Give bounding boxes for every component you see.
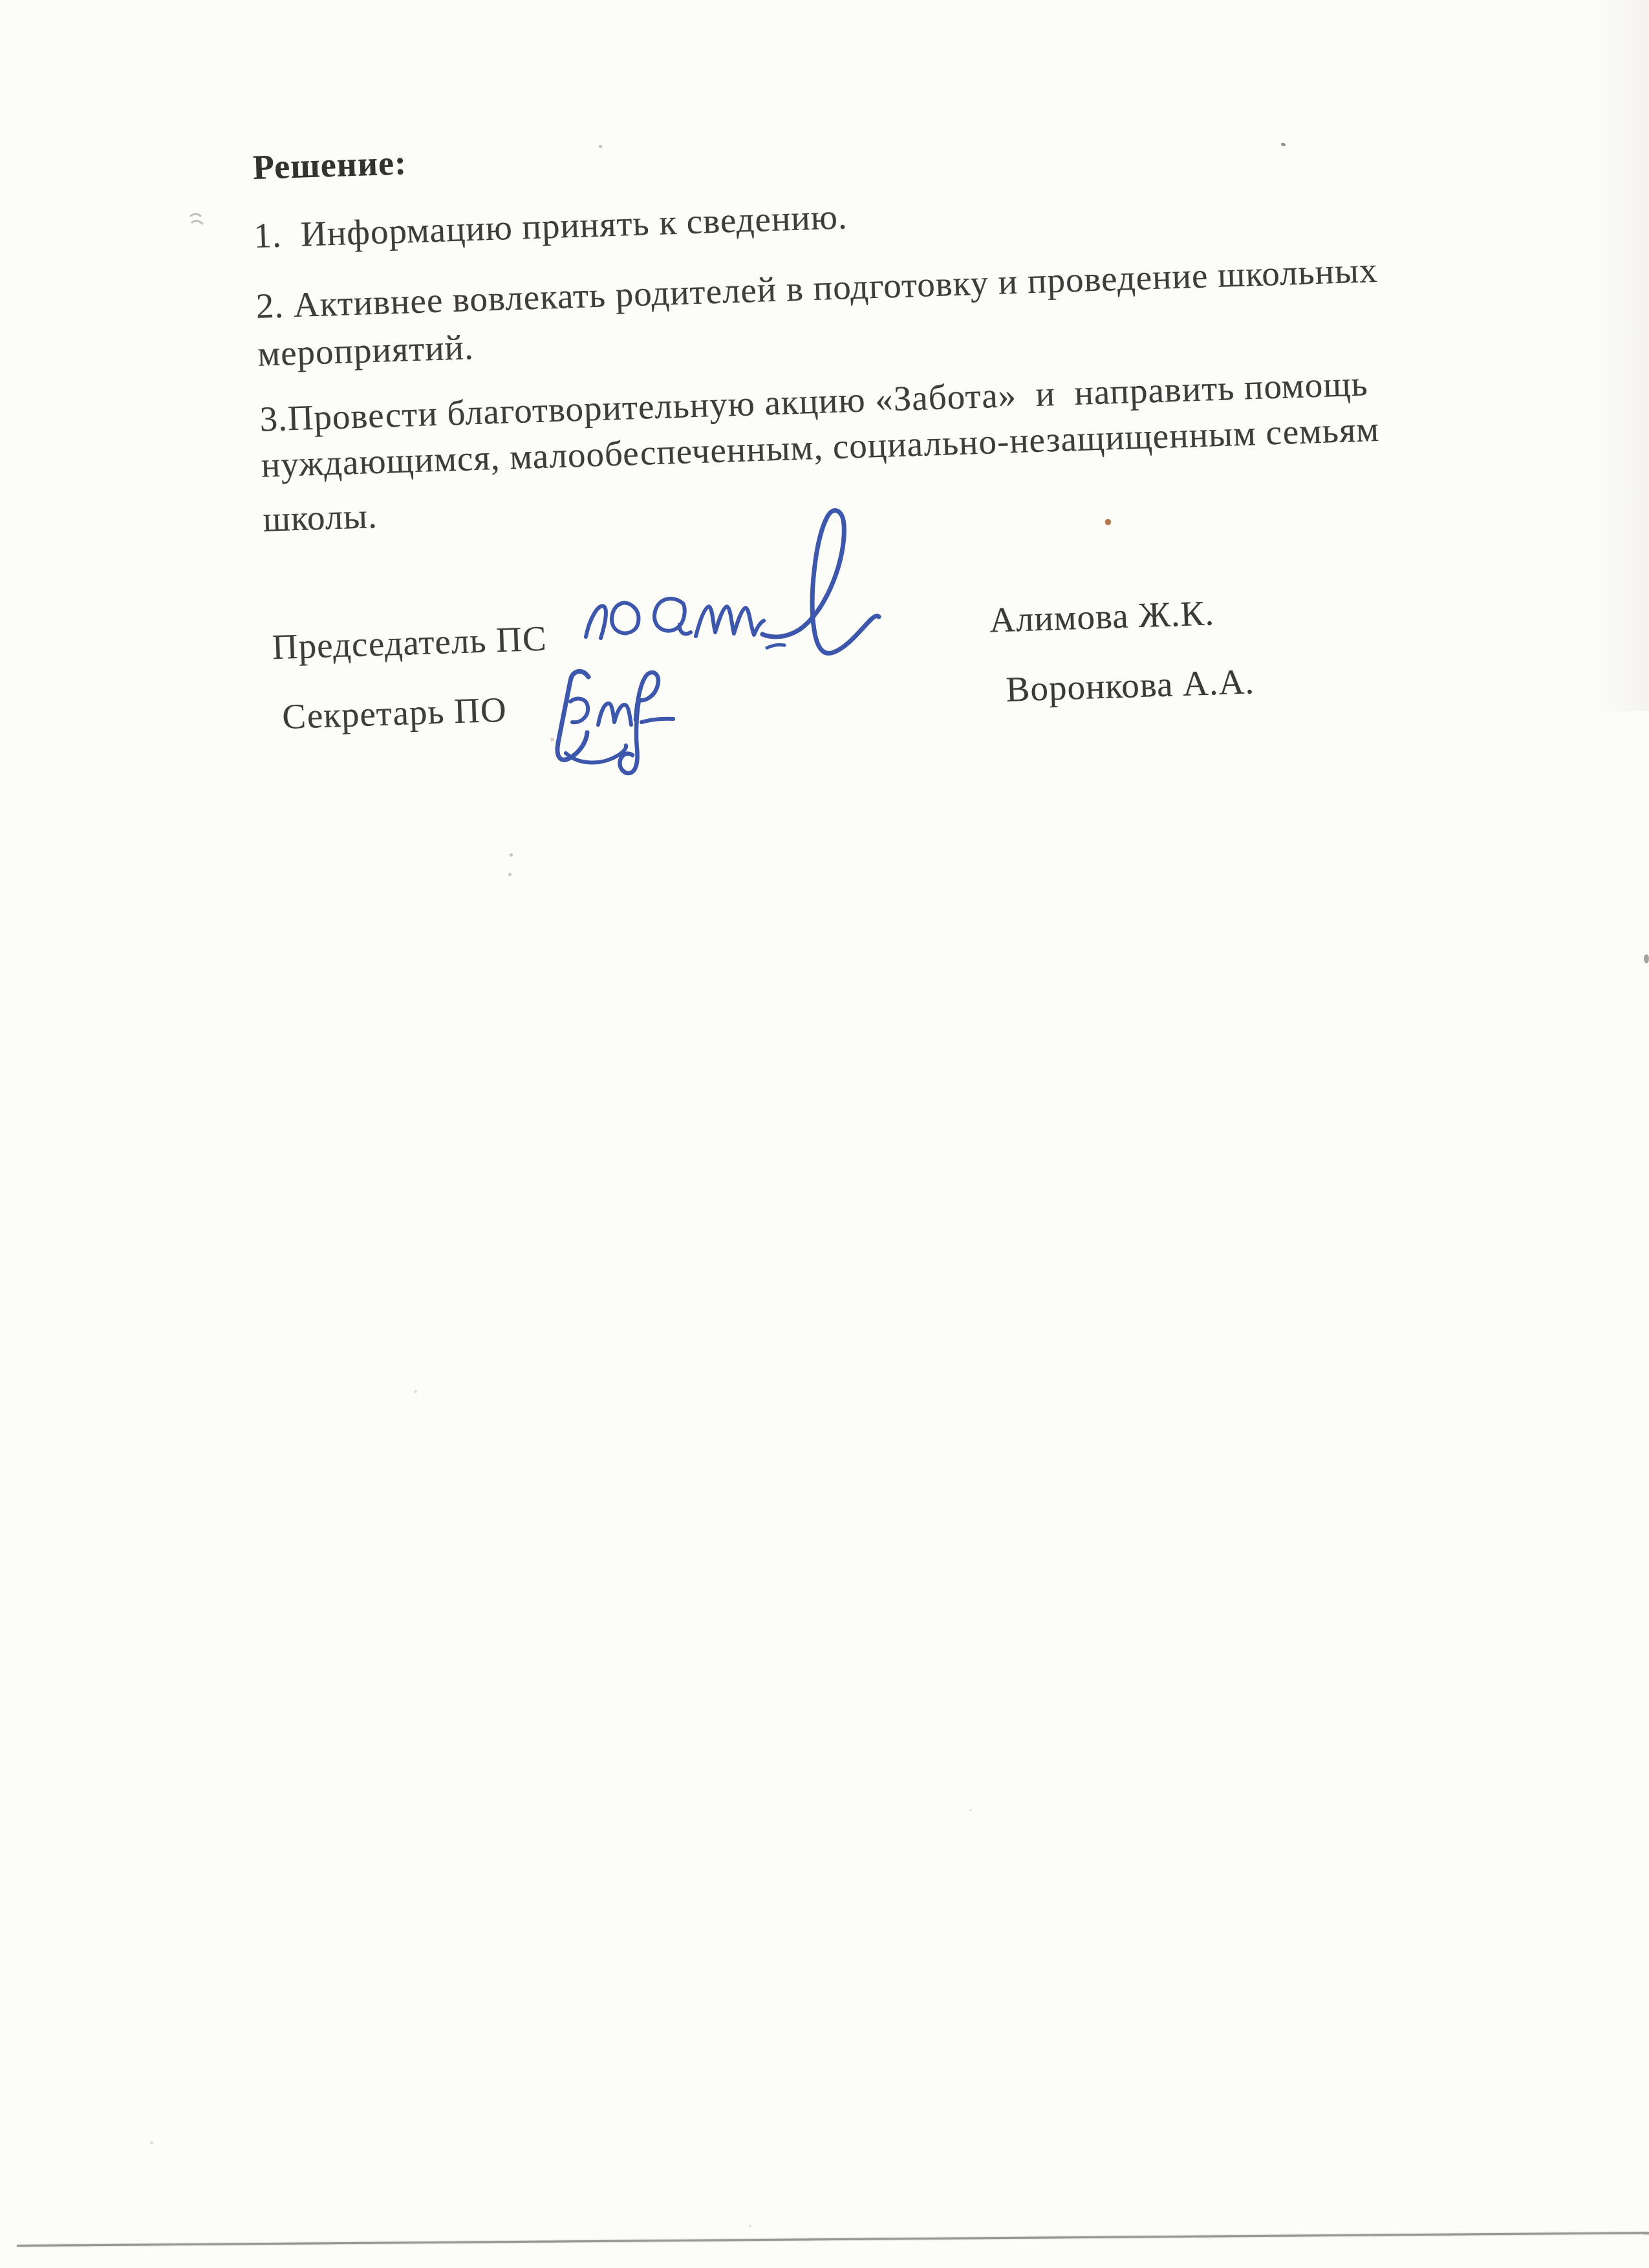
scan-speck [550,738,554,742]
scan-speck [510,853,513,857]
scan-speck [414,1390,417,1393]
scan-speck [969,1809,972,1812]
decision-item-2-line-1: 2. Активнее вовлекать родителей в подгот… [255,248,1379,328]
secretary-name: Воронкова А.А. [1006,661,1255,709]
scan-speck [749,2225,751,2227]
scan-speck [150,2141,153,2145]
ink-dot-artifact [1105,519,1111,525]
chairman-name: Алимова Ж.К. [989,592,1215,640]
scan-speck [508,873,512,876]
decision-item-1: 1. Информацию принять к сведению. [253,195,848,258]
scan-paper-edge-line [17,2232,1649,2247]
scan-edge-mark [1644,954,1649,963]
decision-item-2-line-2: мероприятий. [257,325,475,376]
document-content: Решение: 1. Информацию принять к сведени… [251,106,1553,858]
chairman-role-label: Председатель ПС [272,618,548,668]
decision-heading: Решение: [252,142,407,187]
secretary-role-label: Секретарь ПО [281,689,507,737]
decision-item-3-line-3: школы. [262,494,378,542]
scanned-document-page: Решение: 1. Информацию принять к сведени… [0,0,1649,2268]
scan-speck [599,145,602,148]
scan-margin-scribble [189,211,206,230]
